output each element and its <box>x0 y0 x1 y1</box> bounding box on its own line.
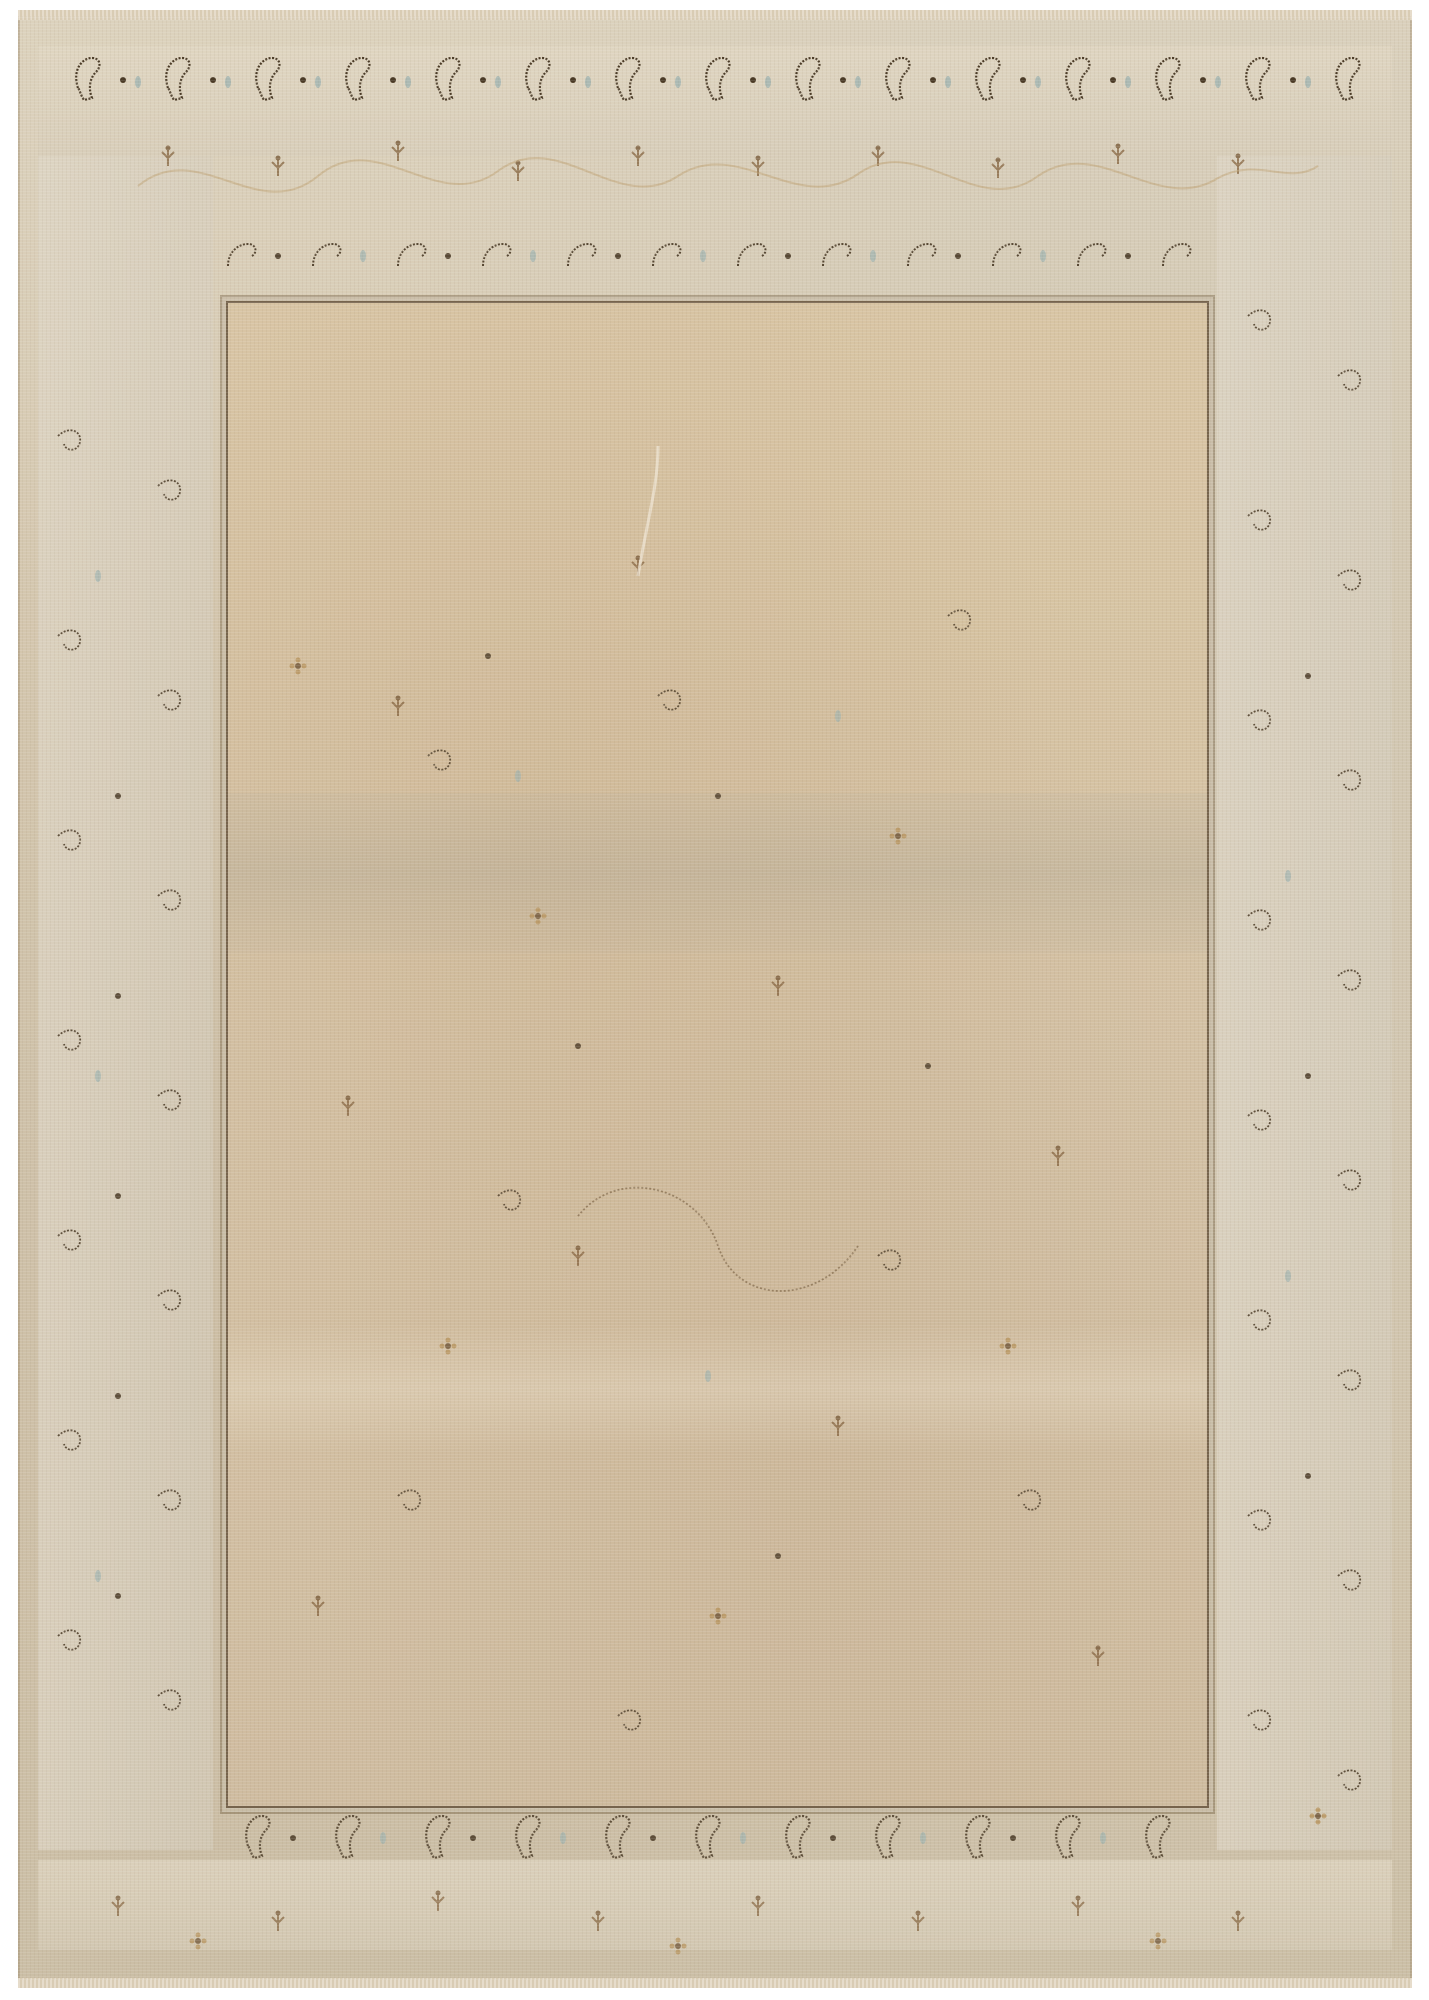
rug-fringe-bottom <box>18 1978 1412 1988</box>
product-photo <box>0 0 1429 2000</box>
rug-right-border <box>1217 156 1392 1850</box>
rug-faded-band <box>228 793 1207 953</box>
rug-top-border <box>38 46 1392 156</box>
rug <box>18 16 1412 1980</box>
rug-bottom-border <box>38 1860 1392 1950</box>
rug-light-band <box>228 1323 1207 1453</box>
rug-field <box>228 303 1207 1806</box>
rug-left-border <box>38 156 213 1850</box>
rug-fringe-top <box>18 10 1412 20</box>
